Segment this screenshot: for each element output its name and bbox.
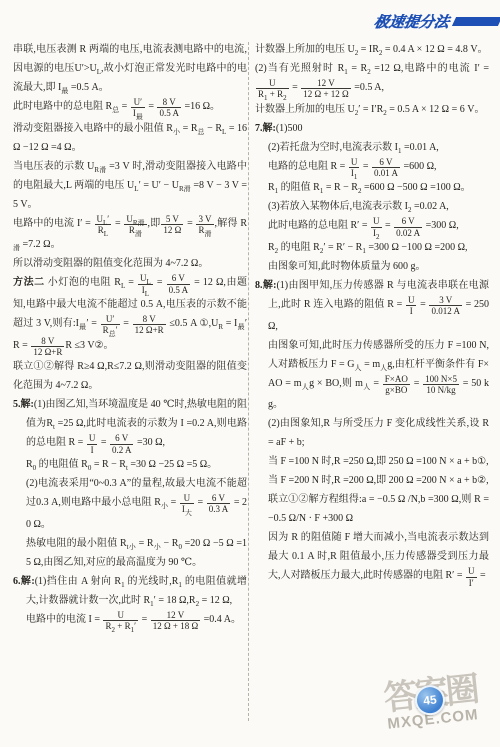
fraction: 12 V12 Ω + 18 Ω (151, 610, 200, 632)
column-divider (248, 42, 249, 721)
solution-item: 方法二 小灯泡的电阻 RL = ULIL = 6 V0.5 A = 12 Ω,由… (13, 273, 247, 357)
item-label: 6.解: (13, 576, 35, 587)
solution-paragraph: 滑动变阻器接入电路中的最小阻值 R小 = R总 − RL = 16 Ω −12 … (13, 119, 247, 157)
solution-paragraph: 当电压表的示数 UR滑 =3 V 时,滑动变阻器接入电路中的电阻最大,L 两端的… (13, 157, 247, 214)
solution-paragraph: 电路的总电阻 R = UI1 = 6 V0.01 A =600 Ω, (255, 157, 489, 179)
page-header: 极速提分法 (374, 8, 500, 34)
solution-paragraph: 当 F =200 N 时,R =200 Ω,即 200 Ω =200 N × a… (255, 471, 489, 490)
solution-paragraph: 联立①②解方程组得:a = −0.5 Ω /N,b =300 Ω,则 R = −… (255, 490, 489, 528)
solution-paragraph: (2)若托盘为空时,电流表示数 I1 =0.01 A, (255, 138, 489, 157)
solution-paragraph: 电路中的电流 I = UR2 + R1′ = 12 V12 Ω + 18 Ω =… (13, 610, 247, 632)
answer-page: 极速提分法 串联,电压表测 R 两端的电压,电流表测电路中的电流,因电源的电压U… (0, 0, 500, 747)
fraction: UL′RL (95, 214, 112, 236)
fraction: 3 V0.012 A (429, 295, 462, 317)
left-column: 串联,电压表测 R 两端的电压,电流表测电路中的电流,因电源的电压U′>UL,故… (13, 40, 247, 733)
fraction: 5 V12 Ω (161, 214, 183, 236)
solution-item: 8.解:(1)由图甲知,压力传感器 R 与电流表串联在电源上,此时 R 连入电路… (255, 276, 489, 336)
item-label: 方法二 (13, 278, 45, 289)
fraction: UI2 (371, 216, 382, 238)
solution-item: 7.解:(1)500 (255, 119, 489, 138)
solution-paragraph: R1 的阻值 R1 = R − R2 =600 Ω −500 Ω =100 Ω。 (255, 178, 489, 197)
fraction: UI1 (349, 157, 360, 179)
fraction: U′R总′ (101, 314, 120, 336)
solution-paragraph: 当 F =100 N 时,R =250 Ω,即 250 Ω =100 N × a… (255, 452, 489, 471)
solution-paragraph: 热敏电阻的最小阻值 Rt小 = R小 − R0 =20 Ω −5 Ω =15 Ω… (13, 534, 247, 572)
brand-logo-text: 极速提分法 (372, 11, 451, 32)
solution-paragraph: 串联,电压表测 R 两端的电压,电流表测电路中的电流,因电源的电压U′>UL,故… (13, 40, 247, 97)
solution-paragraph: R2 的电阻 R2′ = R′ − R1 =300 Ω −100 Ω =200 … (255, 238, 489, 257)
solution-paragraph: (2)当有光照射时 R1 = R2 =12 Ω,电路中的电流 I′ = UR1 … (255, 59, 489, 100)
solution-paragraph: 此时电路中的总电阻 R总 = U′I最 = 8 V0.5 A =16 Ω。 (13, 97, 247, 119)
solution-paragraph: (2)电流表采用“0~0.3 A”的量程,故最大电流不能超过0.3 A,则电路中… (13, 474, 247, 534)
solution-paragraph: 计数器上所加的电压 U2′ = I′R2 = 0.5 A × 12 Ω = 6 … (255, 100, 489, 119)
watermark: 答案圈 45 MXQE.COM (365, 670, 499, 747)
solution-paragraph: 电路中的电流 I′ = UL′RL = UR滑R滑,即5 V12 Ω = 3 V… (13, 214, 247, 255)
fraction: 100 N×510 N/kg (423, 374, 459, 396)
solution-paragraph: (2)由图象知,R 与所受压力 F 变化成线性关系,设 R = aF + b; (255, 414, 489, 452)
fraction: UI′ (466, 566, 477, 588)
solution-paragraph: R0 的电阻值 R0 = R − Rt =30 Ω −25 Ω =5 Ω。 (13, 455, 247, 474)
fraction: F×AOg×BO (383, 374, 410, 396)
fraction: UR2 + R1′ (103, 610, 138, 632)
solution-paragraph: 因为 R 的阻值随 F 增大而减小,当电流表示数达到最大 0.1 A 时,R 阻… (255, 528, 489, 588)
fraction: UI (406, 295, 417, 317)
fraction: 8 V0.5 A (157, 97, 181, 119)
fraction: 6 V0.02 A (394, 216, 422, 238)
solution-item: 5.解:(1)由图乙知,当环境温度是 40 ℃时,热敏电阻的阻值为Rt =25 … (13, 395, 247, 455)
fraction: 12 V12 Ω + 12 Ω (301, 78, 350, 100)
fraction: 6 V0.2 A (110, 433, 134, 455)
solution-paragraph: 计数器上所加的电压 U2 = IR2 = 0.4 A × 12 Ω = 4.8 … (255, 40, 489, 59)
item-label: 8.解: (255, 280, 276, 291)
item-label: 5.解: (13, 399, 34, 410)
fraction: U′I最 (131, 97, 145, 119)
solution-paragraph: (3)若放入某物体后,电流表示数 I2 =0.02 A, (255, 197, 489, 216)
solution-paragraph: 所以滑动变阻器的阻值变化范围为 4~7.2 Ω。 (13, 254, 247, 273)
fraction: 6 V0.3 A (207, 493, 231, 515)
fraction: ULIL (138, 273, 153, 295)
fraction: 8 V12 Ω+R (31, 336, 64, 358)
solution-paragraph: 由图象可知,此时物体质量为 600 g。 (255, 257, 489, 276)
solution-paragraph: 由图象可知,此时压力传感器所受的压力 F =100 N,人对踏板压力 F = G… (255, 336, 489, 415)
right-column: 计数器上所加的电压 U2 = IR2 = 0.4 A × 12 Ω = 4.8 … (255, 40, 489, 733)
fraction: UR滑R滑 (124, 214, 146, 236)
fraction: 8 V12 Ω+R (133, 314, 166, 336)
fraction: 3 VR滑 (196, 214, 213, 236)
fraction: UI大 (180, 493, 194, 515)
solution-item: 6.解:(1)挡住由 A 射向 R1 的光线时,R1 的电阻值就增大,计数器就计… (13, 572, 247, 610)
fraction: UI (87, 433, 98, 455)
fraction: UR1 + R2 (256, 78, 289, 100)
solution-paragraph: 此时电路的总电阻 R′ = UI2 = 6 V0.02 A =300 Ω, (255, 216, 489, 238)
item-label: 7.解: (255, 123, 276, 134)
brand-logo-bar (452, 17, 500, 26)
fraction: 6 V0.01 A (372, 157, 400, 179)
fraction: 6 V0.5 A (167, 273, 191, 295)
solution-paragraph: 联立①②解得 R≥4 Ω,R≤7.2 Ω,则滑动变阻器的阻值变化范围为 4~7.… (13, 357, 247, 395)
